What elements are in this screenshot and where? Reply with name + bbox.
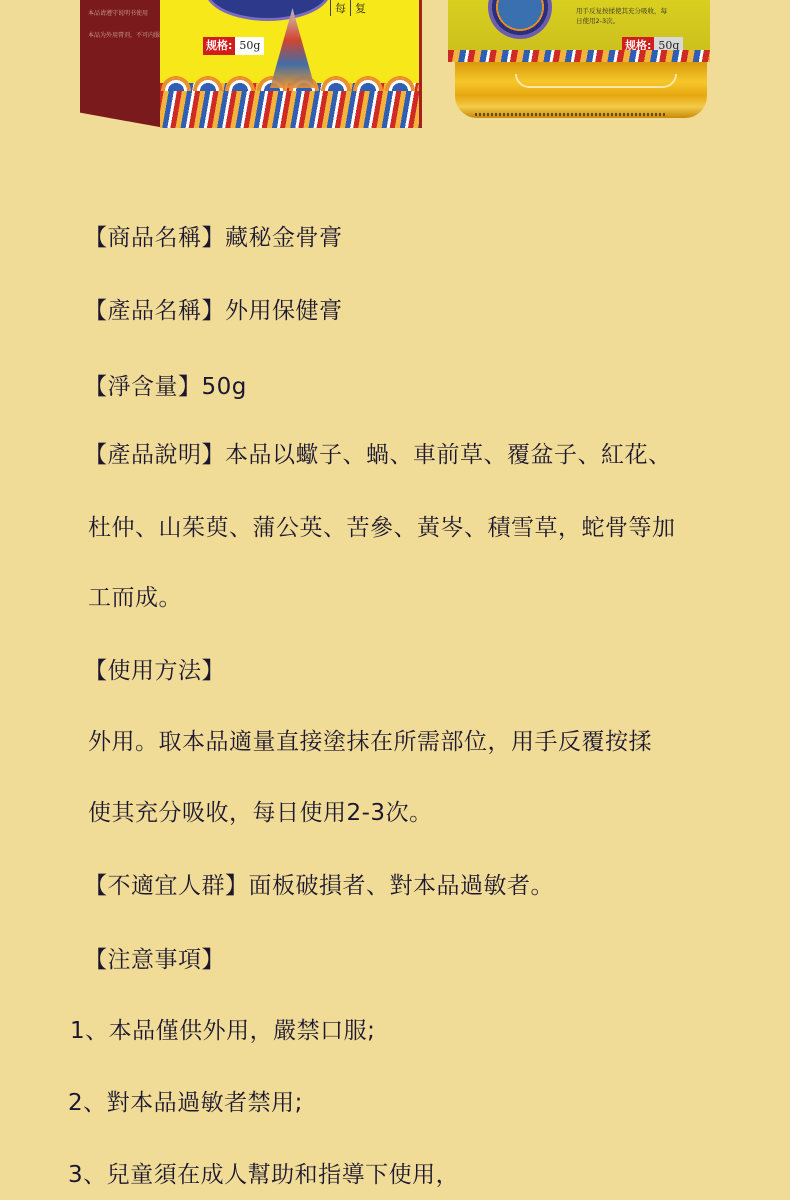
note-item: 3、兒童須在成人幫助和指導下使用，: [68, 1160, 459, 1190]
box-front-char: 每: [330, 0, 350, 16]
box-side-panel: 本品请遵守说明书使用 本品为外用膏剂，不可内服和涂抹伤口: [80, 0, 165, 128]
usage-heading: 【使用方法】: [84, 656, 225, 686]
spec-label: 规格:: [203, 37, 235, 55]
wave-pattern-decoration: [160, 83, 419, 128]
jar-body: [455, 62, 707, 118]
note-item: 1、本品僅供外用，嚴禁口服;: [70, 1016, 375, 1046]
knee-emblem-icon: [488, 0, 552, 39]
description-line: 工而成。: [88, 583, 182, 613]
description-line: 杜仲、山茱萸、蒲公英、苦參、黃岑、積雪草，蛇骨等加: [88, 513, 676, 543]
jar-label-text: 日使用2-3次。: [576, 16, 619, 25]
note-item: 2、對本品過敏者禁用;: [68, 1088, 303, 1118]
description-line: 【產品說明】本品以蠍子、蝸、車前草、覆盆子、紅花、: [84, 440, 672, 470]
unsuitable-group: 【不適宜人群】面板破損者、對本品過敏者。: [84, 871, 554, 901]
box-side-text: 本品请遵守说明书使用: [88, 8, 148, 17]
net-content: 【淨含量】50g: [84, 372, 247, 402]
jar-label-text: 用手反复按揉使其充分吸收，每: [576, 6, 667, 15]
spec-value: 50g: [235, 37, 264, 55]
usage-line: 使其充分吸收，每日使用2-3次。: [88, 798, 433, 828]
box-front-char: 复: [350, 0, 370, 16]
box-spec-badge: 规格: 50g: [203, 37, 264, 55]
trade-name: 【商品名稱】藏秘金骨膏: [84, 223, 343, 253]
box-emblem: [205, 0, 331, 21]
box-front-text: 每复: [330, 0, 379, 16]
jar-label: 用手反复按揉使其充分吸收，每 日使用2-3次。 规格: 50g: [448, 0, 710, 62]
notes-heading: 【注意事項】: [84, 945, 225, 975]
pattern-band-decoration: [448, 50, 710, 62]
product-name: 【產品名稱】外用保健膏: [84, 296, 343, 326]
usage-line: 外用。取本品適量直接塗抹在所需部位，用手反覆按揉: [88, 727, 652, 757]
box-front-panel: 每复 规格: 50g: [160, 0, 422, 128]
